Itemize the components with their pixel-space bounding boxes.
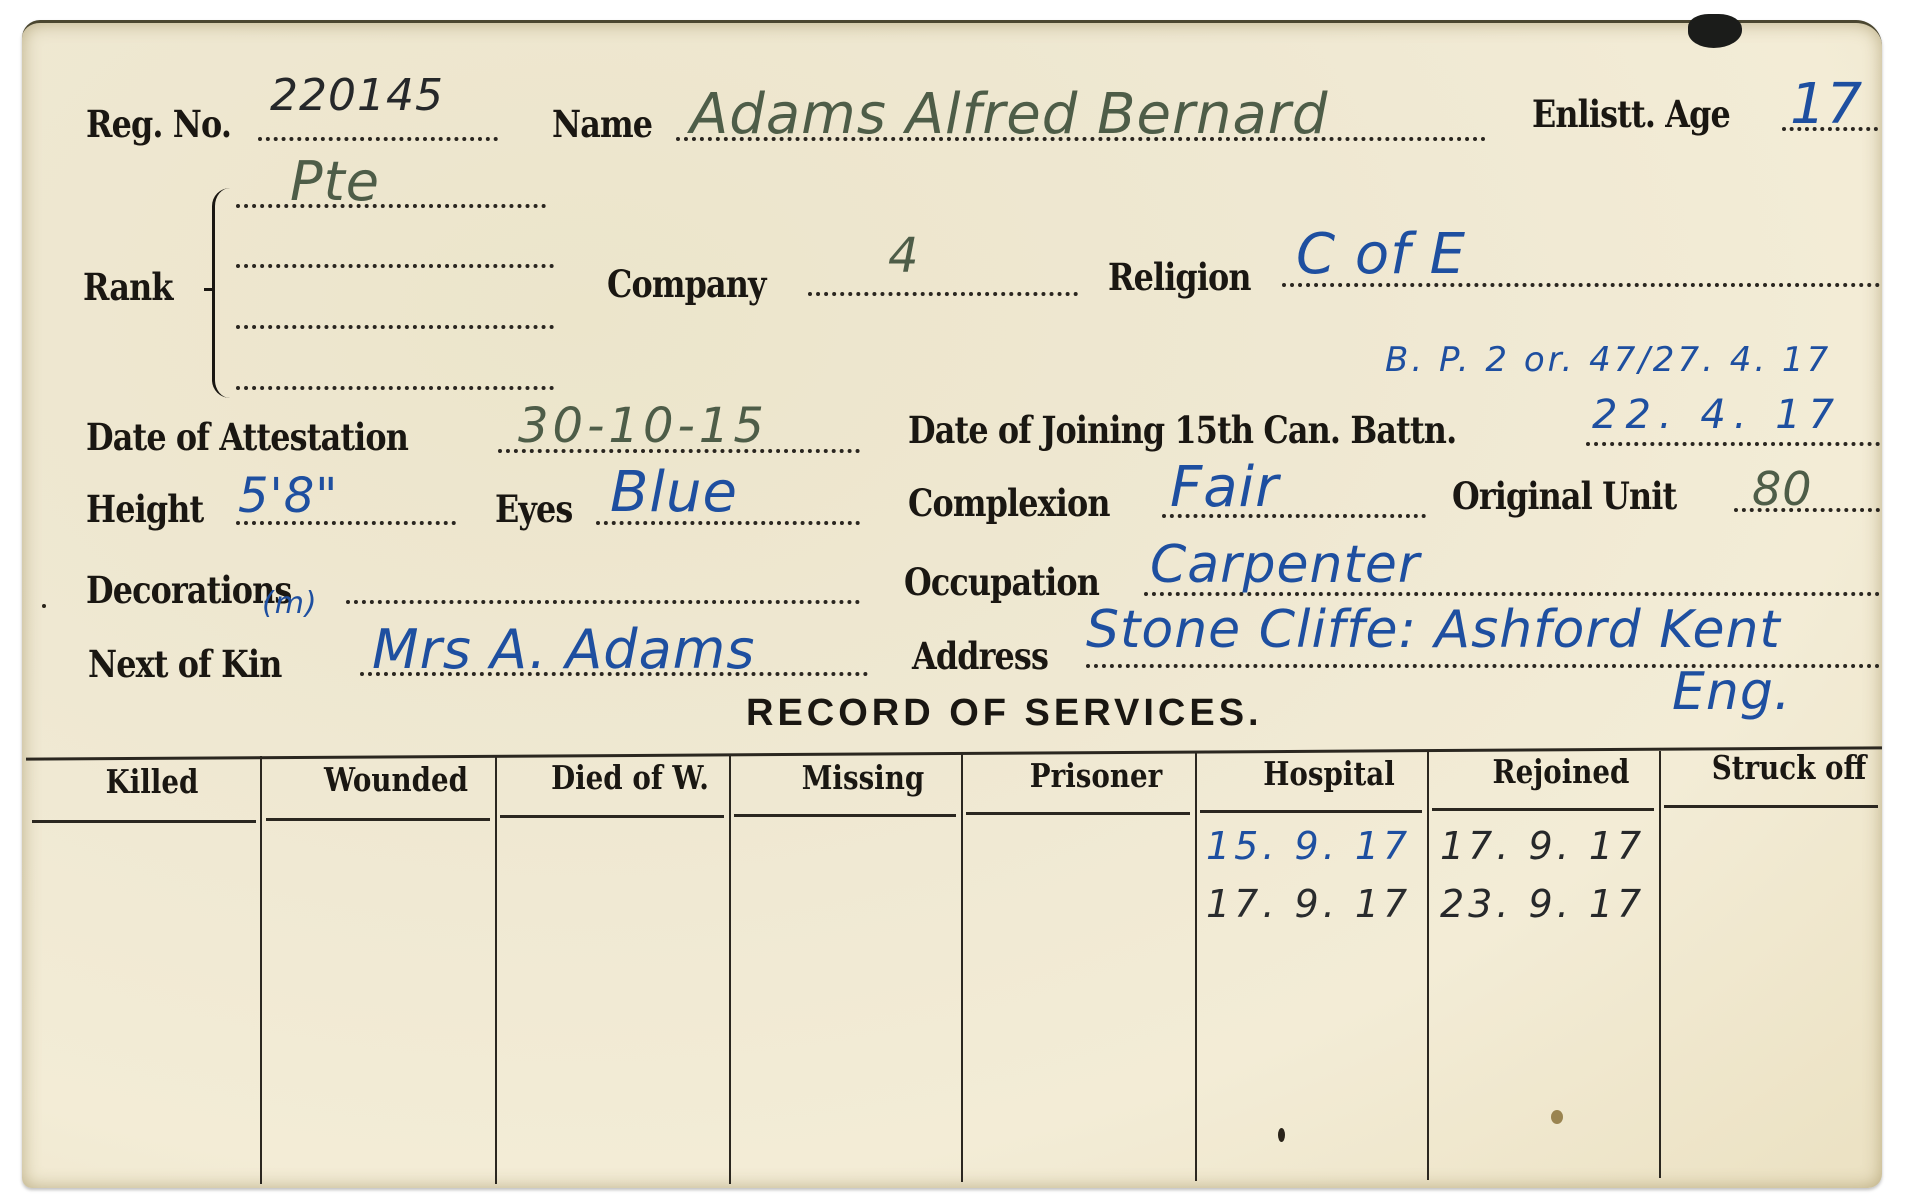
header-underline-4 — [734, 814, 956, 817]
col-divider-1 — [260, 756, 262, 1184]
rank-value: Pte — [290, 150, 380, 213]
header-underline-7 — [1432, 808, 1654, 811]
address-value-line2: Eng. — [1672, 662, 1791, 722]
decorations-label: Decorations — [86, 568, 291, 612]
next-of-kin-label: Next of Kin — [88, 642, 281, 686]
col-divider-2 — [495, 756, 497, 1184]
joining-label: Date of Joining 15th Can. Battn. — [908, 408, 1456, 452]
rank-line-4 — [236, 386, 554, 390]
next-of-kin-value: Mrs A. Adams — [372, 618, 755, 681]
header-underline-6 — [1200, 810, 1422, 813]
reg-no-value: 220145 — [270, 70, 444, 121]
paper-spot — [1278, 1128, 1285, 1142]
attestation-label: Date of Attestation — [86, 415, 408, 459]
original-unit-label: Original Unit — [1452, 474, 1676, 518]
header-underline-5 — [966, 812, 1190, 815]
eyes-value: Blue — [610, 460, 738, 525]
rank-line-2 — [236, 264, 554, 268]
company-value: 4 — [888, 228, 920, 284]
decorations-dots — [346, 600, 860, 604]
name-value: Adams Alfred Bernard — [690, 82, 1328, 147]
original-unit-value: 80 — [1752, 462, 1813, 516]
rejoined-entry-1: 17. 9. 17 — [1440, 824, 1645, 868]
hospital-entry-1: 15. 9. 17 — [1206, 824, 1411, 868]
religion-label: Religion — [1108, 255, 1251, 299]
rank-brace — [212, 188, 237, 398]
col-divider-6 — [1427, 752, 1429, 1180]
col-header-missing: Missing — [755, 758, 972, 797]
religion-value: C of E — [1296, 222, 1466, 287]
header-underline-3 — [500, 815, 724, 818]
attestation-value: 30-10-15 — [518, 398, 768, 454]
header-underline-1 — [32, 820, 256, 823]
record-title: RECORD OF SERVICES. — [746, 692, 1263, 735]
paper-stain — [1551, 1110, 1563, 1124]
col-header-rejoined: Rejoined — [1453, 752, 1670, 791]
eyes-label: Eyes — [495, 487, 572, 531]
col-header-died-of-wounds: Died of W. — [521, 758, 739, 797]
col-header-wounded: Wounded — [287, 760, 505, 799]
enlist-age-label: Enlistt. Age — [1532, 92, 1730, 136]
company-label: Company — [607, 262, 766, 306]
occupation-label: Occupation — [904, 560, 1099, 604]
col-header-hospital: Hospital — [1221, 754, 1438, 793]
rank-brace-tip — [204, 288, 214, 291]
col-divider-3 — [729, 755, 731, 1184]
paper-dot — [42, 604, 46, 608]
rank-label: Rank — [83, 265, 173, 309]
hospital-entry-2: 17. 9. 17 — [1206, 882, 1411, 926]
col-divider-4 — [961, 754, 963, 1182]
col-header-struck-off: Struck off — [1684, 748, 1894, 787]
col-divider-7 — [1659, 751, 1661, 1178]
rank-line-1 — [236, 204, 546, 208]
address-value: Stone Cliffe: Ashford Kent — [1086, 600, 1781, 660]
enlist-age-value: 17 — [1790, 72, 1863, 137]
height-label: Height — [86, 487, 203, 531]
height-value: 5'8" — [238, 468, 338, 524]
complexion-label: Complexion — [908, 481, 1110, 525]
reg-no-dots — [258, 137, 498, 141]
rejoined-entry-2: 23. 9. 17 — [1440, 882, 1645, 926]
rank-line-3 — [236, 325, 554, 329]
occupation-value: Carpenter — [1150, 535, 1420, 595]
reg-no-label: Reg. No. — [86, 102, 231, 146]
col-header-prisoner: Prisoner — [987, 756, 1205, 795]
joining-value: 22. 4. 17 — [1592, 392, 1842, 438]
complexion-value: Fair — [1170, 455, 1279, 520]
col-header-killed: Killed — [51, 762, 253, 801]
header-underline-2 — [266, 818, 490, 821]
name-label: Name — [552, 102, 652, 146]
religion-note: B. P. 2 or. 47/27. 4. 17 — [1385, 340, 1831, 380]
header-underline-8 — [1664, 805, 1878, 808]
col-divider-5 — [1195, 753, 1197, 1181]
company-dots — [808, 292, 1078, 296]
joining-dots — [1586, 442, 1880, 446]
next-of-kin-relation: (m) — [262, 586, 318, 621]
address-label: Address — [912, 634, 1048, 678]
